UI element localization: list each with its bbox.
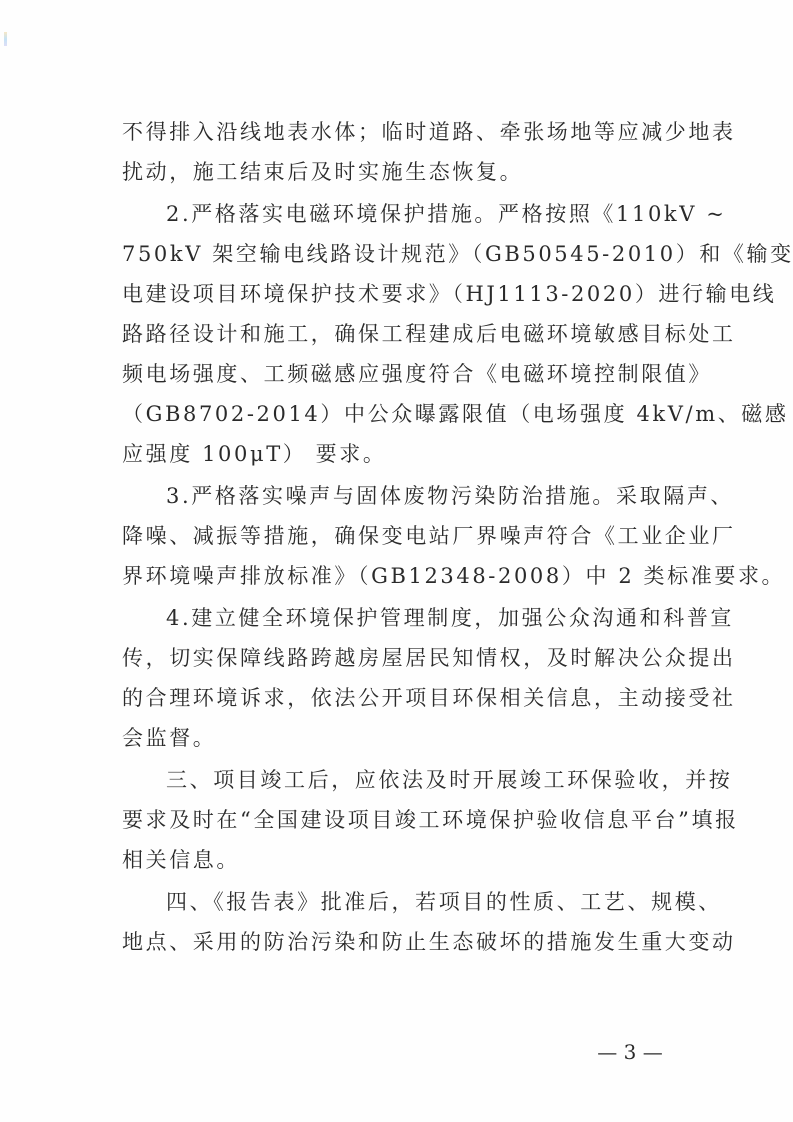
document-body: 不得排入沿线地表水体；临时道路、牵张场地等应减少地表 扰动，施工结束后及时实施生… (122, 112, 674, 962)
text-line: （GB8702-2014）中公众曝露限值（电场强度 4kV/m、磁感 (122, 394, 674, 434)
text-line: 降噪、减振等措施，确保变电站厂界噪声符合《工业企业厂 (122, 516, 674, 556)
text-line: 应强度 100μT） 要求。 (122, 434, 674, 474)
text-line: 的合理环境诉求，依法公开项目环保相关信息，主动接受社 (122, 678, 674, 718)
text-line: 要求及时在“全国建设项目竣工环境保护验收信息平台”填报 (122, 800, 674, 840)
text-line: 三、项目竣工后，应依法及时开展竣工环保验收，并按 (122, 760, 674, 800)
text-line: 相关信息。 (122, 840, 674, 880)
page-number: — 3 — (590, 1040, 670, 1064)
paragraph-major-changes: 四、《报告表》批准后，若项目的性质、工艺、规模、 地点、采用的防治污染和防止生态… (122, 882, 674, 962)
text-line: 路路径设计和施工，确保工程建成后电磁环境敏感目标处工 (122, 314, 674, 354)
paragraph-noise-waste-control: 3.严格落实噪声与固体废物污染防治措施。采取隔声、 降噪、减振等措施，确保变电站… (122, 476, 674, 596)
text-line: 750kV 架空输电线路设计规范》（GB50545-2010）和《输变 (122, 234, 674, 274)
document-page: 不得排入沿线地表水体；临时道路、牵张场地等应减少地表 扰动，施工结束后及时实施生… (0, 0, 793, 1122)
paragraph-completion-acceptance: 三、项目竣工后，应依法及时开展竣工环保验收，并按 要求及时在“全国建设项目竣工环… (122, 760, 674, 880)
scan-artifact (4, 32, 7, 46)
text-line: 电建设项目环境保护技术要求》（HJ1113-2020）进行输电线 (122, 274, 674, 314)
text-line: 地点、采用的防治污染和防止生态破坏的措施发生重大变动 (122, 922, 674, 962)
text-line: 界环境噪声排放标准》（GB12348-2008）中 2 类标准要求。 (122, 556, 674, 596)
paragraph-environmental-management: 4.建立健全环境保护管理制度，加强公众沟通和科普宣 传，切实保障线路跨越房屋居民… (122, 598, 674, 758)
text-line: 扰动，施工结束后及时实施生态恢复。 (122, 152, 674, 192)
text-line: 不得排入沿线地表水体；临时道路、牵张场地等应减少地表 (122, 112, 674, 152)
text-line: 传，切实保障线路跨越房屋居民知情权，及时解决公众提出 (122, 638, 674, 678)
text-line: 频电场强度、工频磁感应强度符合《电磁环境控制限值》 (122, 354, 674, 394)
text-line: 3.严格落实噪声与固体废物污染防治措施。采取隔声、 (122, 476, 674, 516)
text-line: 4.建立健全环境保护管理制度，加强公众沟通和科普宣 (122, 598, 674, 638)
paragraph-electromagnetic-protection: 2.严格落实电磁环境保护措施。严格按照《110kV ~ 750kV 架空输电线路… (122, 194, 674, 474)
text-line: 会监督。 (122, 718, 674, 758)
paragraph-ecological-restoration: 不得排入沿线地表水体；临时道路、牵张场地等应减少地表 扰动，施工结束后及时实施生… (122, 112, 674, 192)
text-line: 四、《报告表》批准后，若项目的性质、工艺、规模、 (122, 882, 674, 922)
text-line: 2.严格落实电磁环境保护措施。严格按照《110kV ~ (122, 194, 674, 234)
